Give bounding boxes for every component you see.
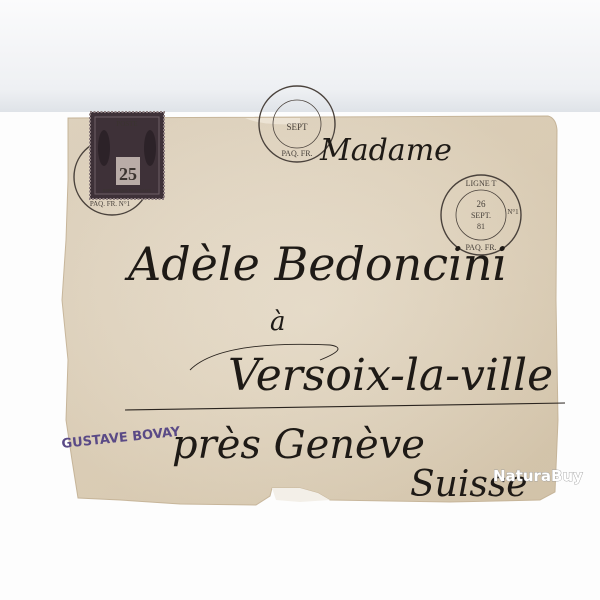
address-name: Adèle Bedoncini [124,237,507,291]
svg-text:LIGNE T: LIGNE T [466,179,497,188]
watermark: NaturaBuy [493,467,583,485]
svg-text:N°1: N°1 [507,208,519,216]
address-preposition: à [270,307,286,337]
svg-text:POSTE: POSTE [116,120,137,128]
svg-text:26: 26 [477,199,487,209]
envelope: SEPT 81 PAQ. FR. N°1 POSTE 25 REPUBLIQUE… [0,0,600,600]
svg-text:PAQ. FR.: PAQ. FR. [281,149,312,158]
photo: SEPT 81 PAQ. FR. N°1 POSTE 25 REPUBLIQUE… [0,0,600,600]
svg-text:SEPT: SEPT [286,122,308,132]
svg-text:25: 25 [119,164,137,184]
address-salutation: Madame [319,133,452,168]
svg-text:PAQ. FR. N°1: PAQ. FR. N°1 [90,200,131,208]
postage-stamp: POSTE 25 REPUBLIQUE FRANCAISE [90,112,164,199]
address-town: Versoix-la-ville [228,350,553,401]
address-near: près Genève [172,422,425,468]
svg-text:81: 81 [477,222,485,231]
svg-text:SEPT.: SEPT. [471,211,491,220]
svg-text:REPUBLIQUE FRANCAISE: REPUBLIQUE FRANCAISE [103,188,152,193]
